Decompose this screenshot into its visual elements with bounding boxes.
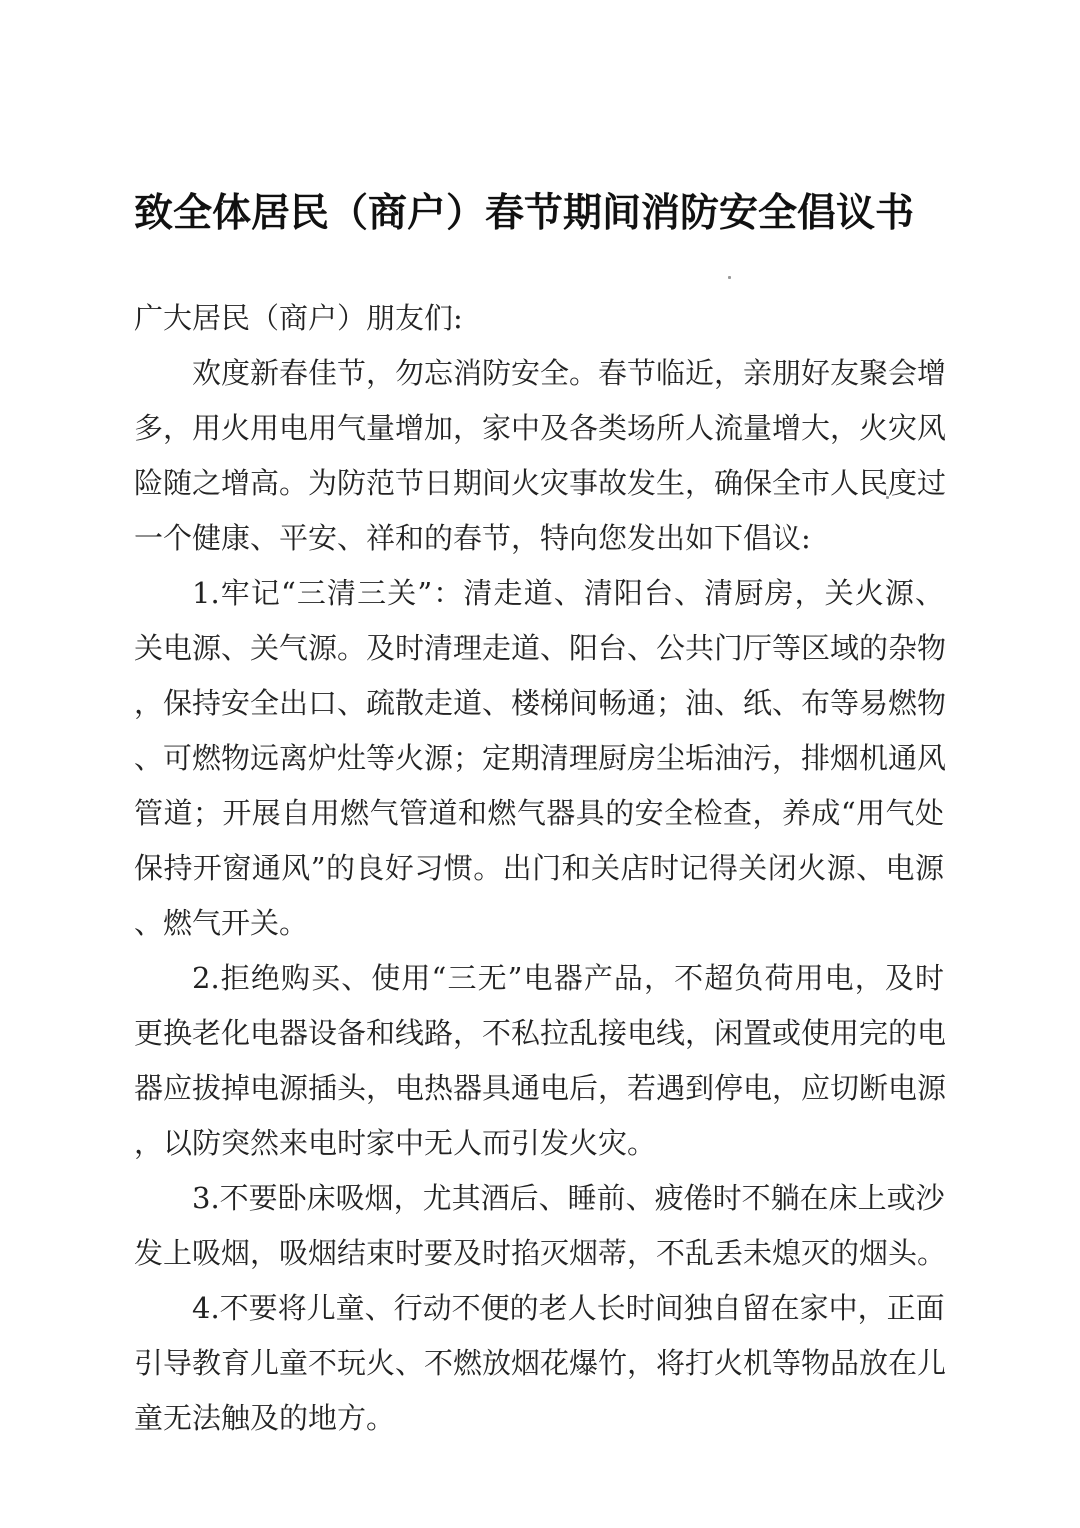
- text-line: 更换老化电器设备和线路，不私拉乱接电线，闲置或使用完的电: [134, 1013, 944, 1053]
- text-line: 引导教育儿童不玩火、不燃放烟花爆竹，将打火机等物品放在儿: [134, 1343, 944, 1383]
- text-line: 3.不要卧床吸烟，尤其酒后、睡前、疲倦时不躺在床上或沙: [192, 1178, 944, 1218]
- text-line: 多，用火用电用气量增加，家中及各类场所人流量增大，火灾风: [134, 408, 944, 448]
- scan-speck: [886, 496, 889, 499]
- text-line: 器应拔掉电源插头，电热器具通电后，若遇到停电，应切断电源: [134, 1068, 944, 1108]
- text-line: 4.不要将儿童、行动不便的老人长时间独自留在家中，正面: [192, 1288, 944, 1328]
- text-line: 险随之增高。为防范节日期间火灾事故发生，确保全市人民度过: [134, 463, 944, 503]
- text-line: ，保持安全出口、疏散走道、楼梯间畅通；油、纸、布等易燃物: [134, 683, 944, 723]
- text-line: 欢度新春佳节，勿忘消防安全。春节临近，亲朋好友聚会增: [192, 353, 944, 393]
- text-line: ，以防突然来电时家中无人而引发火灾。: [134, 1123, 944, 1163]
- text-line: 关电源、关气源。及时清理走道、阳台、公共门厅等区域的杂物: [134, 628, 944, 668]
- text-line: 保持开窗通风”的良好习惯。出门和关店时记得关闭火源、电源: [134, 848, 944, 888]
- document-page: 致全体居民（商户）春节期间消防安全倡议书 广大居民（商户）朋友们: 欢度新春佳节…: [0, 0, 1080, 1528]
- scan-speck: [722, 597, 725, 600]
- document-title: 致全体居民（商户）春节期间消防安全倡议书: [134, 188, 946, 240]
- text-line: 1.牢记“三清三关”：清走道、清阳台、清厨房，关火源、: [192, 573, 944, 613]
- text-line: 童无法触及的地方。: [134, 1398, 944, 1438]
- text-line: 、燃气开关。: [134, 903, 944, 943]
- text-line: 管道；开展自用燃气管道和燃气器具的安全检查，养成“用气处: [134, 793, 944, 833]
- text-line: 、可燃物远离炉灶等火源；定期清理厨房尘垢油污，排烟机通风: [134, 738, 944, 778]
- scan-speck: [728, 276, 731, 279]
- text-line: 发上吸烟，吸烟结束时要及时掐灭烟蒂，不乱丢未熄灭的烟头。: [134, 1233, 944, 1273]
- salutation: 广大居民（商户）朋友们:: [134, 298, 944, 338]
- text-line: 2.拒绝购买、使用“三无”电器产品，不超负荷用电，及时: [192, 958, 944, 998]
- text-line: 一个健康、平安、祥和的春节，特向您发出如下倡议:: [134, 518, 944, 558]
